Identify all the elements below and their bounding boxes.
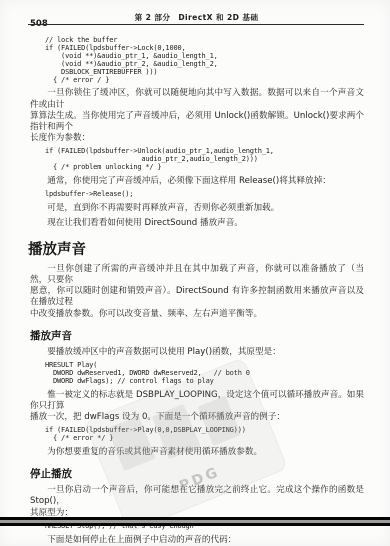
- code-block-play-prototype: HRESULT Play( DWORD dwReserved1, DWORD d…: [45, 362, 364, 386]
- paragraph-looping-flag: 惟一被定义的标志就是 DSBPLAY_LOOPING，设定这个值可以循环播放声音…: [30, 390, 364, 424]
- chapter-title: 第 2 部分 DirectX 和 2D 基础: [30, 12, 363, 23]
- paragraph-release-intro: 通常，你使用完了声音缓冲后，必须像下面这样用 Release()将其释放掉：: [30, 176, 364, 187]
- subsection-heading-stop: 停止播放: [30, 466, 364, 481]
- scan-edge-band: [0, 517, 390, 526]
- paragraph-stop-example-intro: 下面是如何停止在上面例子中启动的声音的代码：: [30, 535, 364, 546]
- page-body: // lock the buffer if (FAILED(lpdsbuffer…: [30, 34, 364, 546]
- scanned-book-page: 508 第 2 部分 DirectX 和 2D 基础 // lock the b…: [0, 0, 390, 546]
- paragraph-stop-intro: 一旦你启动一个声音后，你可能想在它播放完之前终止它。完成这个操作的函数是 Sto…: [30, 485, 364, 519]
- paragraph-play-overview: 一旦你创建了所需的声音缓冲并且在其中加载了声音，你就可以准备播放了（当然，只要你…: [30, 264, 364, 320]
- scan-edge-stripe: [0, 520, 390, 523]
- section-heading-play-sound: 播放声音: [28, 238, 364, 259]
- paragraph-lock-explain: 一旦你锁住了缓冲区，你就可以随便地向其中写入数据。数据可以来自一个声音文件或由计…: [30, 88, 364, 144]
- header-rule: [28, 24, 364, 25]
- paragraph-release-note: 可是，直到你不再需要时再释放声音，否则你必须重新加载。: [30, 203, 364, 214]
- code-block-play-looping: if (FAILED(lpdsbuffer->Play(0,0,DSBPLAY_…: [45, 427, 364, 443]
- code-block-unlock: if (FAILED(lpdsbuffer->Unlock(audio_ptr_…: [45, 148, 364, 172]
- paragraph-play-proto-intro: 要播放缓冲区中的声音数据可以使用 Play()函数，其原型是：: [30, 347, 364, 358]
- paragraph-loop-note: 为你想要重复的音乐或其他声音素材使用循环播放参数。: [30, 447, 364, 458]
- code-block-release: lpdsbuffer->Release();: [45, 191, 364, 199]
- page-header: 508 第 2 部分 DirectX 和 2D 基础: [30, 11, 363, 23]
- code-block-lock: // lock the buffer if (FAILED(lpdsbuffer…: [45, 37, 364, 84]
- subsection-heading-play: 播放声音: [30, 328, 364, 343]
- paragraph-transition: 现在让我们看看如何使用 DirectSound 播放声音。: [30, 218, 364, 229]
